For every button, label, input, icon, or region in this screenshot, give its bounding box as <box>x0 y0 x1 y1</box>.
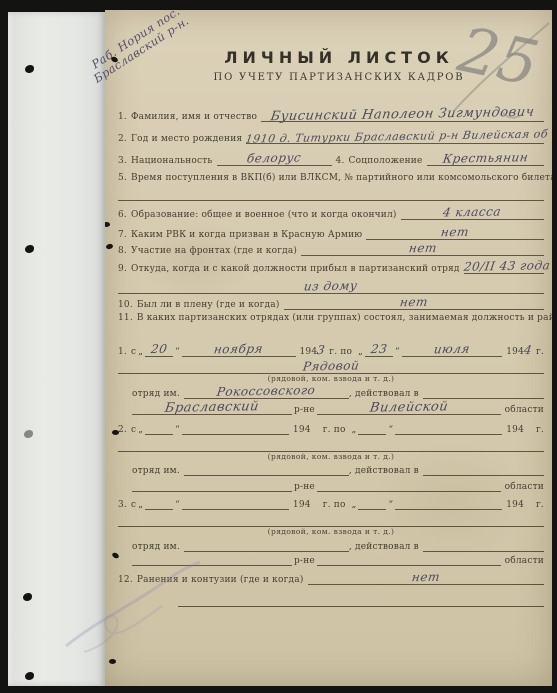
day-line: 23 <box>365 343 393 357</box>
printed-label: г. <box>536 500 544 510</box>
close-quote: “ <box>175 500 180 510</box>
field-number: 1. <box>118 112 127 122</box>
field-label: Национальность <box>131 156 213 166</box>
service-entry-district: Браславский р-не Вилейской области <box>118 399 544 415</box>
unit-line <box>184 541 349 552</box>
handwritten-value: из дому <box>303 280 358 293</box>
field-nationality-social: 3. Национальность белорус 4. Соцположени… <box>118 144 544 166</box>
handwritten-oblast: Вилейской <box>369 400 449 414</box>
printed-label: области <box>505 556 544 566</box>
day-line <box>358 424 386 435</box>
value-line: Крестьянин <box>427 152 544 166</box>
service-entry-dates: 3. с „ “ 194 г. по „ “ 194 г. <box>118 492 544 510</box>
entry-seq: 1. <box>118 347 127 357</box>
field-number: 11. <box>118 313 133 323</box>
month-line <box>182 424 289 435</box>
staple-mark <box>109 659 116 664</box>
service-entry-unit: отряд им. , действовал в <box>118 461 544 476</box>
service-entry-caption: (рядовой, ком. взвода и т. д.) <box>118 374 544 383</box>
day-line <box>358 499 386 510</box>
day-line <box>145 424 173 435</box>
close-quote: “ <box>175 347 180 357</box>
printed-label: 194 <box>506 347 524 357</box>
month-line: ноября <box>182 343 296 357</box>
year-digit-line: 3 <box>317 344 329 357</box>
field-label: Соцположение <box>349 156 423 166</box>
field-fronts: 8. Участие на фронтах (где и когда) нет <box>118 240 544 256</box>
close-quote: “ <box>388 500 393 510</box>
field-label: Год и место рождения <box>131 134 242 144</box>
field-label: Образование: общее и военное (что и когд… <box>131 210 397 220</box>
open-quote: „ <box>352 425 357 435</box>
month-line <box>395 424 502 435</box>
field-number: 10. <box>118 300 133 310</box>
field-units-header: 11. В каких партизанских отрядах (или гр… <box>118 310 544 337</box>
printed-label: с <box>131 347 136 357</box>
service-entry-dates: 2. с „ “ 194 г. по „ “ 194 г. <box>118 415 544 435</box>
oblast-line: Вилейской <box>317 401 501 415</box>
handwritten-value: 20/II 43 года <box>463 259 551 273</box>
field-party-membership: 5. Время поступления в ВКП(б) или ВЛКСМ,… <box>118 166 544 183</box>
printed-label: отряд им. <box>132 389 180 399</box>
page-number-pencil: 25 <box>445 20 545 115</box>
field-label: Фамилия, имя и отчество <box>131 112 257 122</box>
service-entry-caption: (рядовой, ком. взвода и т. д.) <box>118 452 544 461</box>
printed-caption: (рядовой, ком. взвода и т. д.) <box>118 527 544 536</box>
service-entry-district: р-не области <box>118 476 544 492</box>
printed-label: , действовал в <box>349 466 419 476</box>
handwritten-value: нет <box>399 296 429 308</box>
printed-label: г. <box>536 347 544 357</box>
handwritten-value: нет <box>408 242 438 254</box>
field-number: 5. <box>118 173 127 183</box>
handwritten-position: Рядовой <box>302 360 360 373</box>
field-number: 4. <box>336 156 345 166</box>
open-quote: „ <box>138 500 143 510</box>
year-digit-line <box>311 500 323 510</box>
punch-hole <box>25 65 34 73</box>
ink-bleed-scribble <box>58 548 208 656</box>
field-number: 8. <box>118 246 127 256</box>
handwritten-value: 4 класса <box>442 205 502 218</box>
printed-label: , действовал в <box>349 389 419 399</box>
field-arrival-line2: из дому <box>118 274 544 294</box>
punch-hole <box>23 593 32 601</box>
value-line: 1910 д. Титурки Браславский р-н Вилейска… <box>246 131 544 144</box>
day-line: 20 <box>145 343 173 357</box>
form-body: 1. Фамилия, имя и отчество Буисинский На… <box>118 100 544 607</box>
year-digit-line <box>311 425 323 435</box>
value-line: нет <box>284 296 544 310</box>
field-captivity: 10. Был ли в плену (где и когда) нет <box>118 294 544 310</box>
handwritten-unit: Рокоссовского <box>216 384 316 398</box>
open-quote: „ <box>138 347 143 357</box>
value-line: нет <box>301 242 544 256</box>
printed-label: р-не <box>294 405 315 415</box>
handwritten-value: нет <box>411 571 441 583</box>
punch-hole <box>24 430 33 438</box>
entry-seq: 3. <box>118 500 127 510</box>
handwritten-month: июля <box>433 343 471 356</box>
handwritten-value: 1910 д. Титурки Браславский р-н Вилейска… <box>245 128 549 144</box>
month-line: июля <box>402 343 502 357</box>
staple-mark <box>105 222 110 227</box>
service-entry-position-line <box>118 435 544 452</box>
printed-label: 194 <box>293 500 311 510</box>
open-quote: „ <box>138 425 143 435</box>
field-label: Каким РВК и когда призван в Красную Арми… <box>131 230 362 240</box>
printed-label: г. по <box>323 425 346 435</box>
field-number: 6. <box>118 210 127 220</box>
value-line <box>118 441 544 452</box>
value-line: из дому <box>118 280 544 294</box>
handwritten-day: 23 <box>370 343 388 355</box>
service-entry-dates: 1. с „ 20 “ ноября 194 3 г. по „ 23 “ ию… <box>118 337 544 357</box>
district-line: Браславский <box>132 401 292 415</box>
field-party-membership-line <box>118 183 544 201</box>
field-birth: 2. Год и место рождения 1910 д. Титурки … <box>118 122 544 144</box>
printed-label: 194 <box>300 347 318 357</box>
open-quote: „ <box>358 347 363 357</box>
printed-label: области <box>505 482 544 492</box>
printed-label: , действовал в <box>349 542 419 552</box>
unit-line: Рокоссовского <box>184 385 349 399</box>
pencil-tail-stroke <box>503 113 521 118</box>
value-line <box>118 190 544 201</box>
printed-label: 194 <box>506 425 524 435</box>
handwritten-value: нет <box>440 226 470 238</box>
service-entry-position-line: Рядовой <box>118 357 544 374</box>
value-line: Рядовой <box>118 360 544 374</box>
value-line <box>178 606 544 607</box>
value-line: нет <box>366 226 544 240</box>
printed-label: области <box>505 405 544 415</box>
value-line: 4 класса <box>401 206 544 220</box>
month-line <box>182 499 289 510</box>
value-line <box>118 516 544 527</box>
unit-line <box>184 465 349 476</box>
service-entry-unit: отряд им. Рокоссовского , действовал в <box>118 383 544 399</box>
year-digit-line <box>524 425 536 435</box>
entry-seq: 2. <box>118 425 127 435</box>
field-arrival: 9. Откуда, когда и с какой должности при… <box>118 256 544 274</box>
handwritten-month: ноября <box>213 343 264 356</box>
handwritten-value: белорус <box>246 152 302 165</box>
field-label: В каких партизанских отрядах (или группа… <box>137 313 552 324</box>
page-number-digits: 25 <box>453 18 543 95</box>
oblast-line <box>317 555 501 566</box>
handwritten-year-digit: 3 <box>316 344 326 356</box>
printed-label: с <box>131 425 136 435</box>
punch-hole <box>25 245 34 253</box>
handwritten-year-digit: 4 <box>523 344 533 356</box>
printed-label: отряд им. <box>132 466 180 476</box>
value-line: белорус <box>217 152 332 166</box>
bleed-stroke <box>84 606 162 652</box>
printed-label: г. <box>536 425 544 435</box>
printed-label: г. по <box>329 347 352 357</box>
value-line: 20/II 43 года <box>464 260 544 274</box>
printed-label: р-не <box>294 482 315 492</box>
value-line: нет <box>308 571 544 585</box>
month-line <box>395 499 502 510</box>
field-label: Откуда, когда и с какой должности прибыл… <box>131 264 460 274</box>
printed-label: 194 <box>293 425 311 435</box>
field-label: Был ли в плену (где и когда) <box>137 300 280 310</box>
printed-caption: (рядовой, ком. взвода и т. д.) <box>118 452 544 461</box>
printed-label: р-не <box>294 556 315 566</box>
staple-mark <box>105 243 113 250</box>
close-quote: “ <box>388 425 393 435</box>
field-education: 6. Образование: общее и военное (что и к… <box>118 201 544 220</box>
oblast-line <box>317 481 501 492</box>
bleed-stroke <box>66 562 200 646</box>
handwritten-district: Браславский <box>164 400 260 415</box>
year-digit-line <box>524 500 536 510</box>
close-quote: “ <box>395 347 400 357</box>
scanned-document: ЛИЧНЫЙ ЛИСТОК ПО УЧЕТУ ПАРТИЗАНСКИХ КАДР… <box>0 0 557 693</box>
printed-label: г. по <box>323 500 346 510</box>
field-number: 3. <box>118 156 127 166</box>
field-number: 2. <box>118 134 127 144</box>
field-rvk-draft: 7. Каким РВК и когда призван в Красную А… <box>118 220 544 240</box>
punch-hole <box>25 672 34 680</box>
open-quote: „ <box>352 500 357 510</box>
service-entry-caption: (рядовой, ком. взвода и т. д.) <box>118 527 544 536</box>
printed-label: 194 <box>506 500 524 510</box>
year-digit-line: 4 <box>524 344 536 357</box>
district-line <box>132 481 292 492</box>
field-number: 7. <box>118 230 127 240</box>
field-number: 9. <box>118 264 127 274</box>
service-entry-position-line <box>118 510 544 527</box>
handwritten-day: 20 <box>150 343 168 355</box>
printed-label: с <box>131 500 136 510</box>
field-label: Участие на фронтах (где и когда) <box>131 246 297 256</box>
close-quote: “ <box>175 425 180 435</box>
printed-caption: (рядовой, ком. взвода и т. д.) <box>118 374 544 383</box>
field-label: Время поступления в ВКП(б) или ВЛКСМ, № … <box>131 173 552 183</box>
day-line <box>145 499 173 510</box>
handwritten-value: Крестьянин <box>442 151 529 164</box>
